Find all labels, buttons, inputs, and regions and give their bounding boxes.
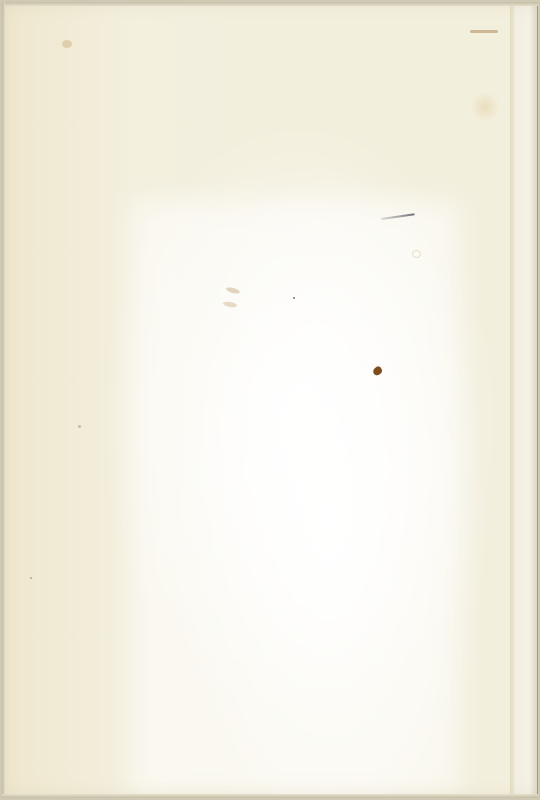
corner-stain	[470, 92, 500, 122]
top-edge-stain	[470, 30, 498, 33]
speck	[78, 425, 81, 428]
left-worn-edge	[0, 0, 5, 800]
top-left-stain	[62, 40, 72, 48]
faded-light-area	[130, 200, 460, 800]
bottom-worn-edge	[0, 794, 540, 800]
speck	[293, 297, 295, 299]
speck	[30, 577, 32, 579]
book-back-cover	[0, 0, 540, 800]
speck	[412, 250, 421, 258]
top-worn-edge	[0, 0, 540, 6]
